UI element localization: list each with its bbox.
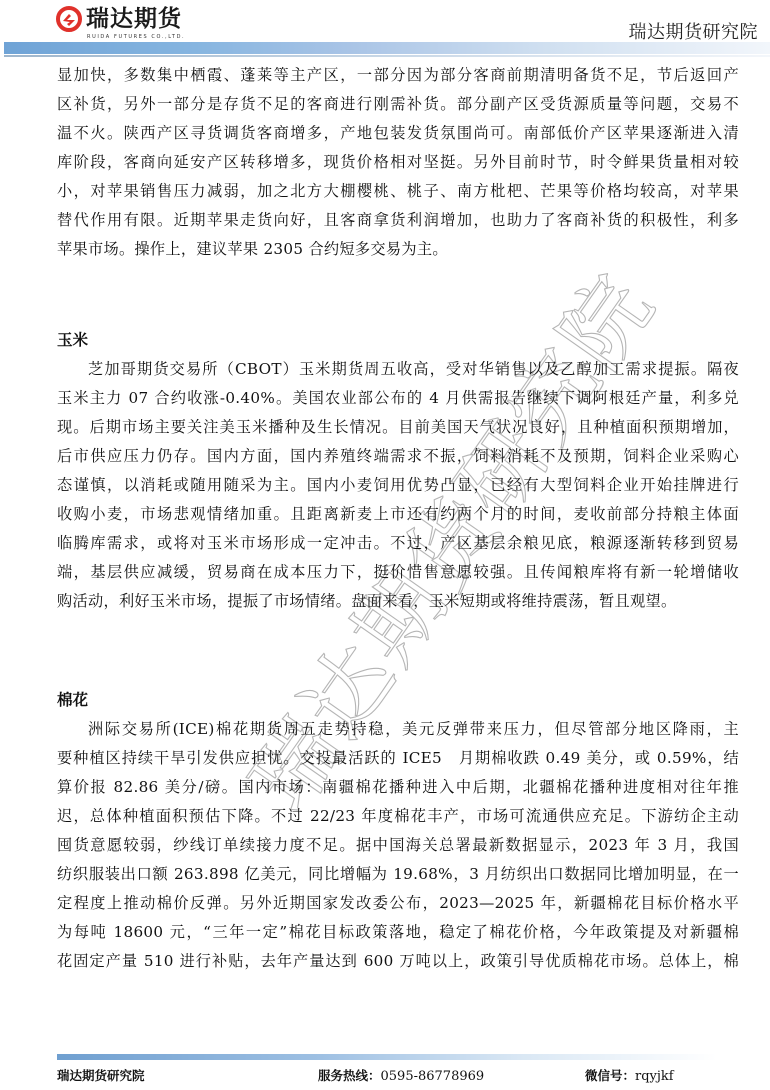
text-line: 芝加哥期货交易所（CBOT）玉米期货周五收高，受对华销售以及乙醇加工需求提振。隔…: [88, 358, 739, 380]
text-line: 购活动，利好玉米市场，提振了市场情绪。盘面来看，玉米短期或将维持震荡，暂且观望。: [57, 590, 739, 612]
text-line: 替代作用有限。近期苹果走货向好，且客商拿货利润增加，也助力了客商补货的积极性，利…: [57, 209, 739, 231]
text-line: 小，对苹果销售压力减弱，加之北方大棚樱桃、桃子、南方枇杷、芒果等价格均较高，对苹…: [57, 180, 739, 202]
company-logo: 瑞达期货 RUIDA FUTURES CO.,LTD.: [56, 4, 206, 40]
logo-text-en: RUIDA FUTURES CO.,LTD.: [87, 34, 185, 40]
logo-text-cn: 瑞达期货: [86, 4, 182, 34]
text-line: 临腾库需求，或将对玉米市场形成一定冲击。不过，产区基层余粮见底，粮源逐渐转移到贸…: [57, 532, 739, 554]
text-line: 要种植区持续干旱引发供应担忧。交投最活跃的 ICE5 月期棉收跌 0.49 美分…: [57, 747, 739, 769]
text-line: 温不火。陕西产区寻货调货客商增多，产地包装发货氛围尚可。南部低价产区苹果逐渐进入…: [57, 122, 739, 144]
text-line: 洲际交易所(ICE)棉花期货周五走势持稳，美元反弹带来压力，但尽管部分地区降雨，…: [88, 718, 739, 740]
wechat-id: rqyjkf: [635, 1069, 674, 1084]
text-line: 迟，总体种植面积预估下降。不过 22/23 年度棉花丰产，市场可流通供应充足。下…: [57, 805, 739, 827]
text-line: 后市供应压力仍存。国内方面，国内养殖终端需求不振，饲料消耗不及预期，饲料企业采购…: [57, 445, 739, 467]
footer-divider-bar: [57, 1054, 717, 1060]
text-line: 囤货意愿较弱，纱线订单续接力度不足。据中国海关总署最新数据显示，2023 年 3…: [57, 834, 739, 856]
text-line: 区补货，另外一部分是存货不足的客商进行刚需补货。部分副产区受货源质量等问题，交易…: [57, 93, 739, 115]
text-line: 端，基层供应减缓，贸易商在成本压力下，挺价惜售意愿较强。且传闻粮库将有新一轮增储…: [57, 561, 739, 583]
text-line: 定程度上推动棉价反弹。另外近期国家发改委公布，2023—2025 年，新疆棉花目…: [57, 892, 739, 914]
header-divider-bar: [4, 42, 770, 54]
text-line: 花固定产量 510 进行补贴，去年产量达到 600 万吨以上，政策引导优质棉花市…: [57, 950, 739, 972]
text-line: 态谨慎，以消耗或随用随采为主。国内小麦饲用优势凸显，已经有大型饲料企业开始挂牌进…: [57, 474, 739, 496]
page-header: 瑞达期货 RUIDA FUTURES CO.,LTD. 瑞达期货研究院: [0, 0, 770, 62]
hotline-number: 0595-86778969: [381, 1069, 485, 1084]
text-line: 算价报 82.86 美分/磅。国内市场：南疆棉花播种进入中后期，北疆棉花播种进度…: [57, 776, 739, 798]
text-line: 苹果市场。操作上，建议苹果 2305 合约短多交易为主。: [57, 238, 739, 260]
text-line: 现。后期市场主要关注美玉米播种及生长情况。目前美国天气状况良好，且种植面积预期增…: [57, 416, 739, 438]
footer-hotline: 服务热线：0595-86778969: [318, 1066, 484, 1084]
text-line: 显加快，多数集中栖霞、蓬莱等主产区，一部分因为部分客商前期清明备货不足，节后返回…: [57, 64, 739, 86]
page-footer: 瑞达期货研究院 服务热线：0595-86778969 微信号：rqyjkf: [0, 1066, 770, 1086]
ruida-logo-icon: [56, 6, 82, 32]
footer-wechat: 微信号：rqyjkf: [585, 1066, 674, 1084]
footer-org: 瑞达期货研究院: [57, 1066, 145, 1084]
section-heading-cotton: 棉花: [57, 689, 88, 711]
hotline-label: 服务热线：: [318, 1068, 381, 1083]
header-divider-line: [4, 55, 770, 57]
section-heading-corn: 玉米: [57, 329, 88, 351]
text-line: 收购小麦，市场悲观情绪加重。且距离新麦上市还有约两个月的时间，麦收前部分持粮主体…: [57, 503, 739, 525]
text-line: 为每吨 18600 元，“三年一定”棉花目标政策落地，稳定了棉花价格，今年政策提…: [57, 921, 739, 943]
header-title: 瑞达期货研究院: [629, 18, 759, 44]
text-line: 玉米主力 07 合约收涨-0.40%。美国农业部公布的 4 月供需报告继续下调阿…: [57, 387, 739, 409]
text-line: 纺织服装出口额 263.898 亿美元，同比增幅为 19.68%，3 月纺织出口…: [57, 863, 739, 885]
wechat-label: 微信号：: [585, 1068, 635, 1083]
text-line: 库阶段，客商向延安产区转移增多，现货价格相对坚挺。另外目前时节，时令鲜果货量相对…: [57, 151, 739, 173]
